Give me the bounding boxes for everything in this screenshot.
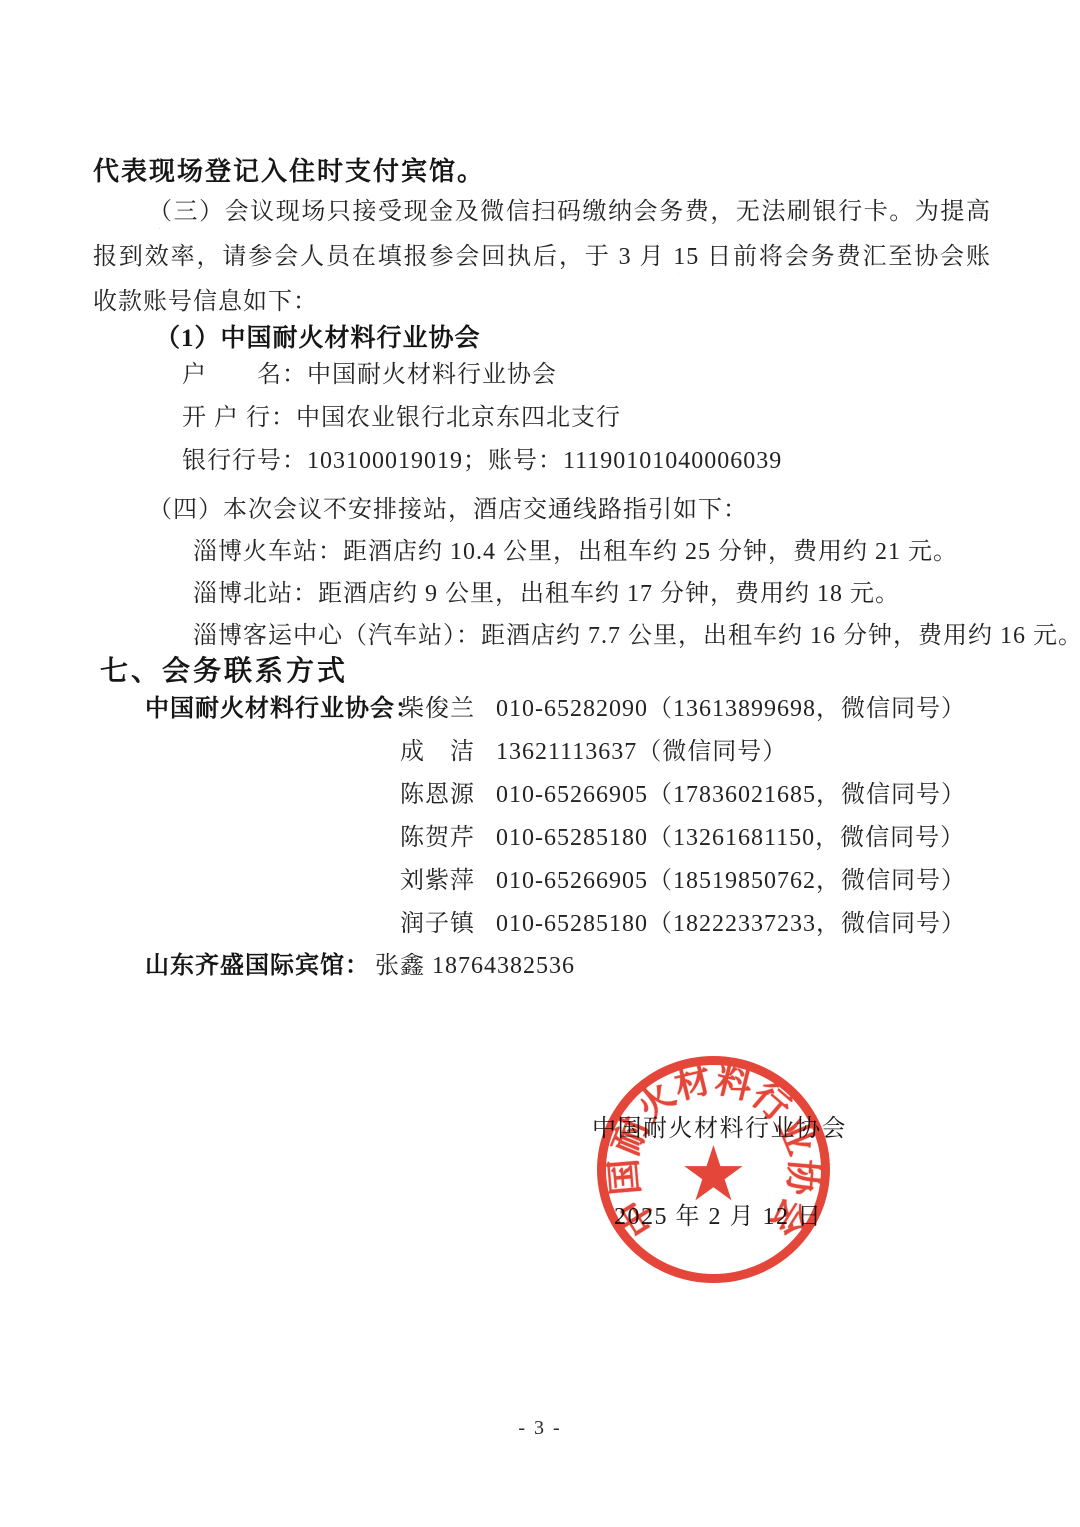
- star-icon: ★: [679, 1136, 747, 1212]
- contact-row: 成 洁 13621113637（微信同号）: [400, 737, 787, 767]
- contact-name: 润子镇: [400, 909, 482, 939]
- hotel-value: 张鑫 18764382536: [375, 951, 575, 981]
- route-line: 淄博火车站：距酒店约 10.4 公里，出租车约 25 分钟，费用约 21 元。: [193, 537, 958, 567]
- paragraph-section3-line: 报到效率，请参会人员在填报参会回执后，于 3 月 15 日前将会务费汇至协会账号…: [93, 242, 991, 274]
- bank-row-value: 中国农业银行北京东四北支行: [296, 405, 621, 431]
- contact-phone: 010-65285180（13261681150，微信同号）: [496, 823, 965, 853]
- paragraph-section3-line: 收款账号信息如下：: [93, 287, 318, 317]
- bank-row-label: 户 名：: [182, 362, 307, 388]
- contact-name: 成 洁: [400, 737, 482, 767]
- contact-phone: 010-65282090（13613899698，微信同号）: [496, 694, 966, 724]
- bank-row-label: 银行行号：: [182, 448, 307, 474]
- seal-ring-char: 材: [671, 1061, 714, 1104]
- hotel-label: 山东齐盛国际宾馆：: [145, 951, 370, 981]
- contact-name: 陈贺芹: [400, 823, 482, 853]
- bank-row: 户 名：中国耐火材料行业协会: [182, 360, 557, 390]
- seal-ring-char: 国: [605, 1158, 644, 1197]
- seal-ring-char: 协: [783, 1158, 822, 1197]
- contact-phone: 010-65266905（18519850762，微信同号）: [496, 866, 966, 896]
- contact-row: 陈贺芹 010-65285180（13261681150，微信同号）: [400, 823, 965, 853]
- bank-row: 银行行号：103100019019；账号：11190101040006039: [182, 446, 782, 476]
- route-line: 淄博北站：距酒店约 9 公里，出租车约 17 分钟，费用约 18 元。: [193, 579, 900, 609]
- contact-phone: 010-65285180（18222337233，微信同号）: [496, 909, 966, 939]
- lead-line: 代表现场登记入住时支付宾馆。: [93, 151, 485, 188]
- bank-heading: （1）中国耐火材料行业协会: [155, 318, 481, 354]
- section7-heading: 七、会务联系方式: [100, 649, 348, 689]
- contacts-org-label: 中国耐火材料行业协会：: [145, 694, 420, 724]
- contact-phone: 13621113637（微信同号）: [496, 737, 787, 767]
- document-page: 代表现场登记入住时支付宾馆。 （三）会议现场只接受现金及微信扫码缴纳会务费，无法…: [0, 0, 1080, 1527]
- official-seal: ★ 中国耐火材料行业协会: [597, 1056, 830, 1283]
- contact-row: 陈恩源 010-65266905（17836021685，微信同号）: [400, 780, 966, 810]
- bank-row-value: 中国耐火材料行业协会: [307, 362, 557, 388]
- contact-row: 刘紫萍 010-65266905（18519850762，微信同号）: [400, 866, 966, 896]
- contact-name: 柴俊兰: [400, 694, 482, 724]
- contact-phone: 010-65266905（17836021685，微信同号）: [496, 780, 966, 810]
- contact-row: 润子镇 010-65285180（18222337233，微信同号）: [400, 909, 966, 939]
- page-number: - 3 -: [0, 1417, 1080, 1440]
- bank-row-value: 103100019019；账号：11190101040006039: [307, 448, 782, 474]
- contact-row: 柴俊兰 010-65282090（13613899698，微信同号）: [400, 694, 966, 724]
- section4-heading: （四）本次会议不安排接站，酒店交通线路指引如下：: [148, 495, 748, 525]
- contact-name: 刘紫萍: [400, 866, 482, 896]
- paragraph-section3-line: （三）会议现场只接受现金及微信扫码缴纳会务费，无法刷银行卡。为提高会议现场: [148, 197, 991, 229]
- bank-row: 开 户 行：中国农业银行北京东四北支行: [182, 403, 621, 433]
- bank-row-label: 开 户 行：: [182, 405, 296, 431]
- route-line: 淄博客运中心（汽车站）：距酒店约 7.7 公里，出租车约 16 分钟，费用约 1…: [193, 621, 1080, 651]
- contact-name: 陈恩源: [400, 780, 482, 810]
